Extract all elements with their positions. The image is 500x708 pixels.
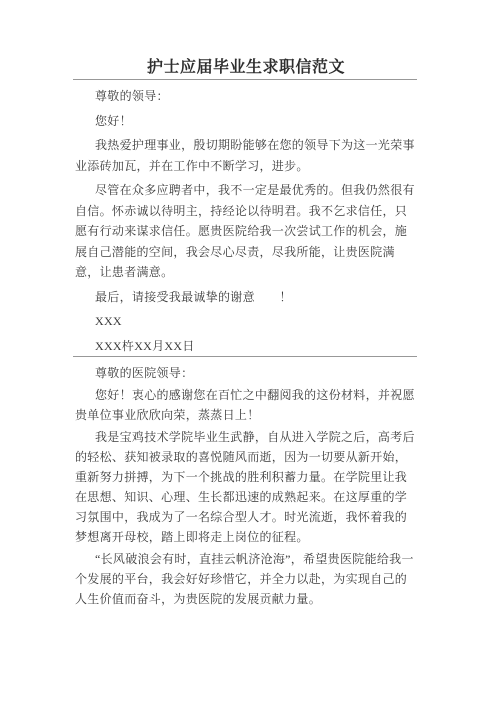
letter-one-paragraph: 尽管在众多应聘者中，我不一定是最优秀的。但我仍然很有自信。怀赤诚以待明主，持经论… (75, 180, 417, 283)
letter-two-salutation: 尊敬的医院领导： (75, 363, 417, 383)
section-divider-top (73, 79, 417, 80)
letter-two: 尊敬的医院领导： 您好！衷心的感谢您在百忙之中翻阅我的这份材料，并祝愿贵单位事业… (75, 363, 417, 609)
letter-two-paragraph: “长风破浪会有时，直挂云帆济沧海”，希望贵医院能给我一个发展的平台，我会好好珍惜… (75, 549, 417, 609)
section-divider-middle (73, 356, 417, 357)
letter-two-paragraph: 您好！衷心的感谢您在百忙之中翻阅我的这份材料，并祝愿贵单位事业欣欣向荣，蒸蒸日上… (75, 385, 417, 425)
document-page: 护士应届毕业生求职信范文 尊敬的领导： 您好！ 我热爱护理事业，殷切期盼能够在您… (0, 0, 500, 708)
letter-one-paragraph: 我热爱护理事业，殷切期盼能够在您的领导下为这一光荣事业添砖加瓦，并在工作中不断学… (75, 135, 417, 176)
letter-one-signature: XXX (75, 311, 417, 332)
letter-one: 尊敬的领导： 您好！ 我热爱护理事业，殷切期盼能够在您的领导下为这一光荣事业添砖… (75, 86, 417, 356)
page-title: 护士应届毕业生求职信范文 (75, 0, 417, 79)
letter-one-closing: 最后，请接受我最诚挚的谢意 ！ (75, 287, 417, 308)
letter-one-salutation: 尊敬的领导： (75, 86, 417, 107)
letter-two-paragraph: 我是宝鸡技术学院毕业生武静，自从进入学院之后，高考后的轻松、获知被录取的喜悦随风… (75, 427, 417, 547)
letter-one-greeting: 您好！ (75, 111, 417, 132)
letter-one-date: XXX杵XX月XX日 (75, 336, 417, 357)
